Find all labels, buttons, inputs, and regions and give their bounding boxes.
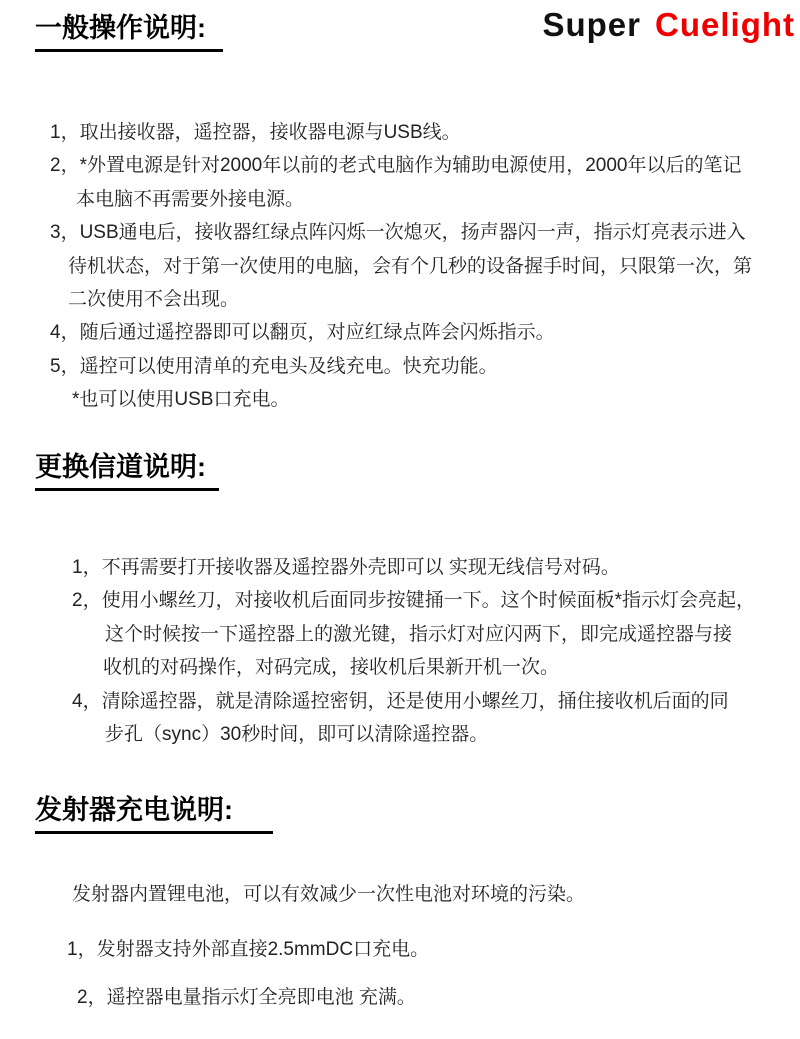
section-general-operations-heading: 一般操作说明: xyxy=(35,12,223,52)
logo-cuelight-text: Cuelight xyxy=(655,6,795,43)
brand-logo: SuperCuelight xyxy=(542,6,795,44)
instruction-line: *也可以使用USB口充电。 xyxy=(0,383,800,416)
instruction-line: 3，USB通电后，接收器红绿点阵闪烁一次熄灭，扬声器闪一声，指示灯亮表示进入 xyxy=(0,216,800,249)
instruction-line: 2，使用小螺丝刀，对接收机后面同步按键捅一下。这个时候面板*指示灯会亮起， xyxy=(0,584,800,617)
section-change-channel-heading: 更换信道说明: xyxy=(35,451,219,491)
charging-intro-line: 发射器内置锂电池，可以有效减少一次性电池对环境的污染。 xyxy=(72,883,585,907)
instruction-line: 步孔（sync）30秒时间，即可以清除遥控器。 xyxy=(0,718,800,751)
charging-item-line: 1，发射器支持外部直接2.5mmDC口充电。 xyxy=(67,938,429,962)
general-operations-list: 1，取出接收器，遥控器，接收器电源与USB线。 2，*外置电源是针对2000年以… xyxy=(0,116,800,417)
instruction-line: 二次使用不会出现。 xyxy=(0,283,800,316)
instruction-line: 5，遥控可以使用清单的充电头及线充电。快充功能。 xyxy=(0,350,800,383)
instruction-line: 这个时候按一下遥控器上的激光键，指示灯对应闪两下，即完成遥控器与接 xyxy=(0,618,800,651)
logo-super-text: Super xyxy=(542,6,641,43)
instruction-line: 4，随后通过遥控器即可以翻页，对应红绿点阵会闪烁指示。 xyxy=(0,316,800,349)
instruction-line: 2，*外置电源是针对2000年以前的老式电脑作为辅助电源使用，2000年以后的笔… xyxy=(0,149,800,182)
manual-page: 一般操作说明: SuperCuelight 1，取出接收器，遥控器，接收器电源与… xyxy=(0,0,800,1039)
instruction-line: 本电脑不再需要外接电源。 xyxy=(0,183,800,216)
charging-item-line: 2，遥控器电量指示灯全亮即电池 充满。 xyxy=(77,986,416,1010)
instruction-line: 待机状态，对于第一次使用的电脑，会有个几秒的设备握手时间，只限第一次，第 xyxy=(0,250,800,283)
change-channel-list: 1，不再需要打开接收器及遥控器外壳即可以 实现无线信号对码。 2，使用小螺丝刀，… xyxy=(0,551,800,751)
section-transmitter-charging-heading: 发射器充电说明: xyxy=(35,794,273,834)
instruction-line: 1，不再需要打开接收器及遥控器外壳即可以 实现无线信号对码。 xyxy=(0,551,800,584)
instruction-line: 1，取出接收器，遥控器，接收器电源与USB线。 xyxy=(0,116,800,149)
instruction-line: 4，清除遥控器，就是清除遥控密钥，还是使用小螺丝刀，捅住接收机后面的同 xyxy=(0,685,800,718)
instruction-line: 收机的对码操作，对码完成，接收机后果新开机一次。 xyxy=(0,651,800,684)
